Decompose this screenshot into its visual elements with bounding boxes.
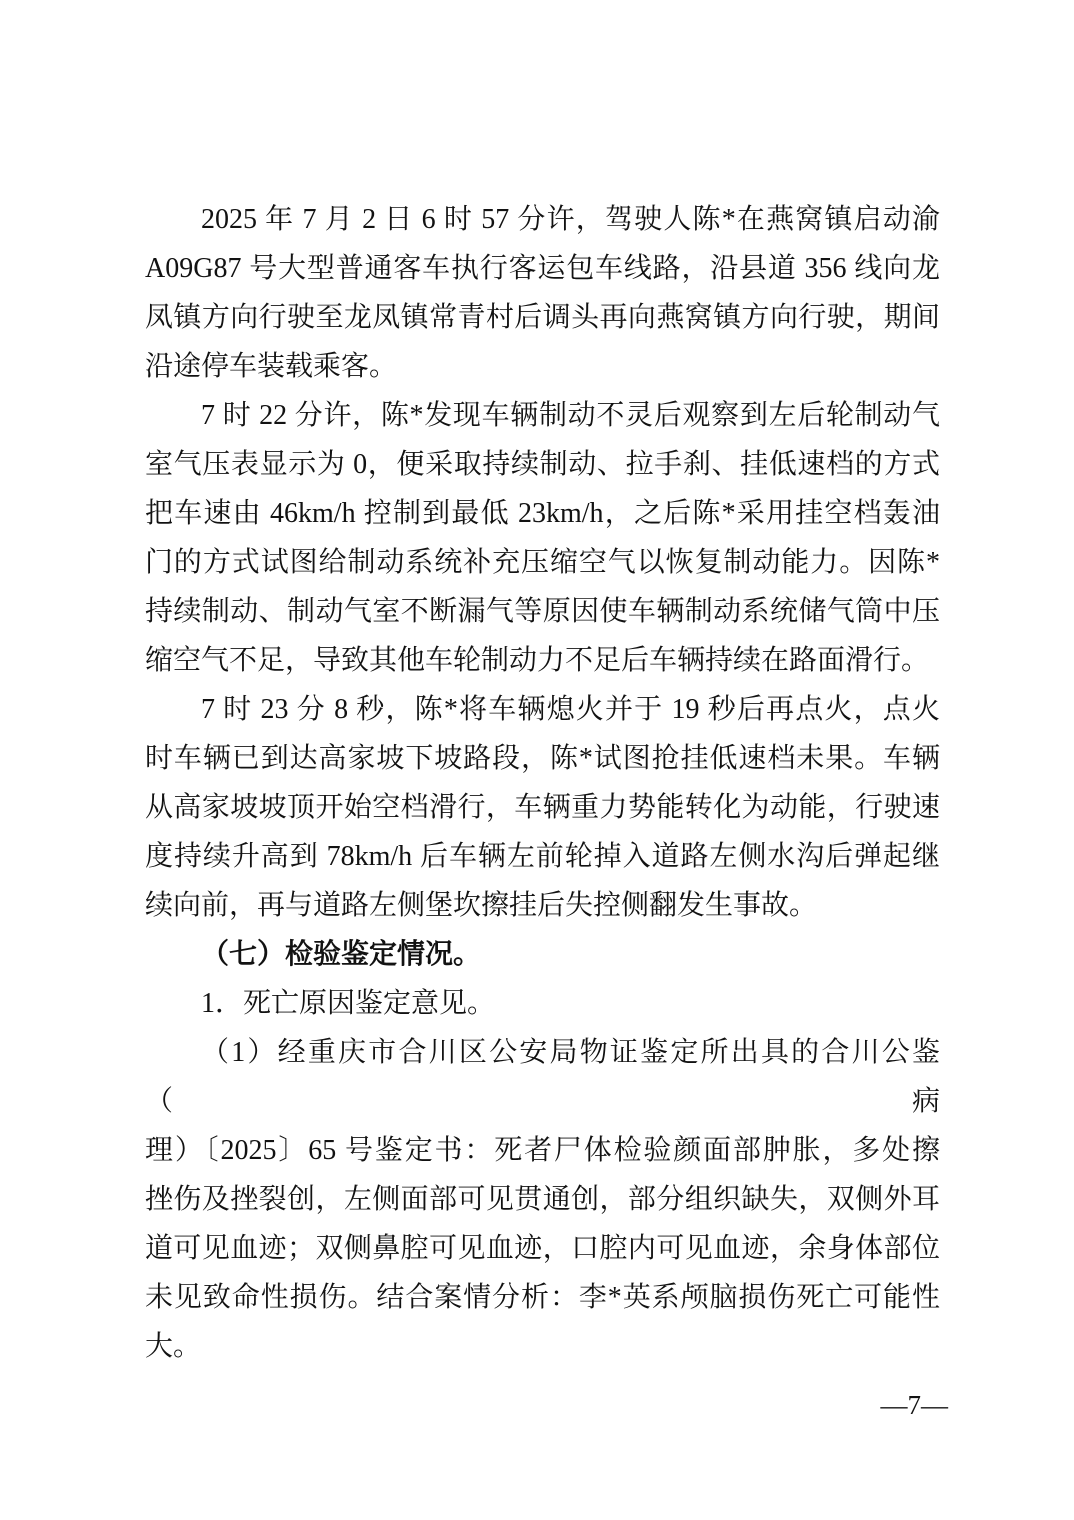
heading-inspection-appraisal: （七）检验鉴定情况。 (145, 930, 940, 979)
text-line: 未见致命性损伤。结合案情分析：李*英系颅脑损伤死亡可能性 (145, 1273, 940, 1322)
text-line: 大。 (145, 1322, 940, 1371)
text-line: 沿途停车装载乘客。 (145, 342, 940, 391)
text-line: 7 时 22 分许，陈*发现车辆制动不灵后观察到左后轮制动气 (145, 391, 940, 440)
text-line: 1．死亡原因鉴定意见。 (145, 979, 940, 1028)
para-route-departure: 2025 年 7 月 2 日 6 时 57 分许，驾驶人陈*在燕窝镇启动渝A09… (145, 195, 940, 391)
text-line: 缩空气不足，导致其他车轮制动力不足后车辆持续在路面滑行。 (145, 636, 940, 685)
text-line: 理）〔2025〕65 号鉴定书：死者尸体检验颜面部肿胀，多处擦 (145, 1126, 940, 1175)
text-line: 度持续升高到 78km/h 后车辆左前轮掉入道路左侧水沟后弹起继 (145, 832, 940, 881)
para-autopsy-finding: （1）经重庆市合川区公安局物证鉴定所出具的合川公鉴（病理）〔2025〕65 号鉴… (145, 1028, 940, 1371)
text-line: 室气压表显示为 0，便采取持续制动、拉手刹、挂低速档的方式 (145, 440, 940, 489)
text-line: 7 时 23 分 8 秒，陈*将车辆熄火并于 19 秒后再点火，点火 (145, 685, 940, 734)
document-page: 2025 年 7 月 2 日 6 时 57 分许，驾驶人陈*在燕窝镇启动渝A09… (0, 0, 1074, 1520)
text-line: 门的方式试图给制动系统补充压缩空气以恢复制动能力。因陈* (145, 538, 940, 587)
item-death-cause-opinion: 1．死亡原因鉴定意见。 (145, 979, 940, 1028)
text-line: 把车速由 46km/h 控制到最低 23km/h，之后陈*采用挂空档轰油 (145, 489, 940, 538)
text-line: 从高家坡坡顶开始空档滑行，车辆重力势能转化为动能，行驶速 (145, 783, 940, 832)
text-line: 凤镇方向行驶至龙凤镇常青村后调头再向燕窝镇方向行驶，期间 (145, 293, 940, 342)
para-brake-failure: 7 时 22 分许，陈*发现车辆制动不灵后观察到左后轮制动气室气压表显示为 0，… (145, 391, 940, 685)
text-line: 持续制动、制动气室不断漏气等原因使车辆制动系统储气筒中压 (145, 587, 940, 636)
text-line: A09G87 号大型普通客车执行客运包车线路，沿县道 356 线向龙 (145, 244, 940, 293)
text-line: 续向前，再与道路左侧堡坎擦挂后失控侧翻发生事故。 (145, 881, 940, 930)
page-number: —7— (881, 1390, 949, 1420)
text-line: 时车辆已到达高家坡下坡路段，陈*试图抢挂低速档未果。车辆 (145, 734, 940, 783)
para-crash-sequence: 7 时 23 分 8 秒，陈*将车辆熄火并于 19 秒后再点火，点火时车辆已到达… (145, 685, 940, 930)
text-line: 挫伤及挫裂创，左侧面部可见贯通创，部分组织缺失，双侧外耳 (145, 1175, 940, 1224)
text-line: 道可见血迹；双侧鼻腔可见血迹，口腔内可见血迹，余身体部位 (145, 1224, 940, 1273)
text-line: 2025 年 7 月 2 日 6 时 57 分许，驾驶人陈*在燕窝镇启动渝 (145, 195, 940, 244)
text-line: （1）经重庆市合川区公安局物证鉴定所出具的合川公鉴（病 (145, 1028, 940, 1126)
text-line: （七）检验鉴定情况。 (145, 930, 940, 979)
document-body: 2025 年 7 月 2 日 6 时 57 分许，驾驶人陈*在燕窝镇启动渝A09… (145, 195, 940, 1371)
